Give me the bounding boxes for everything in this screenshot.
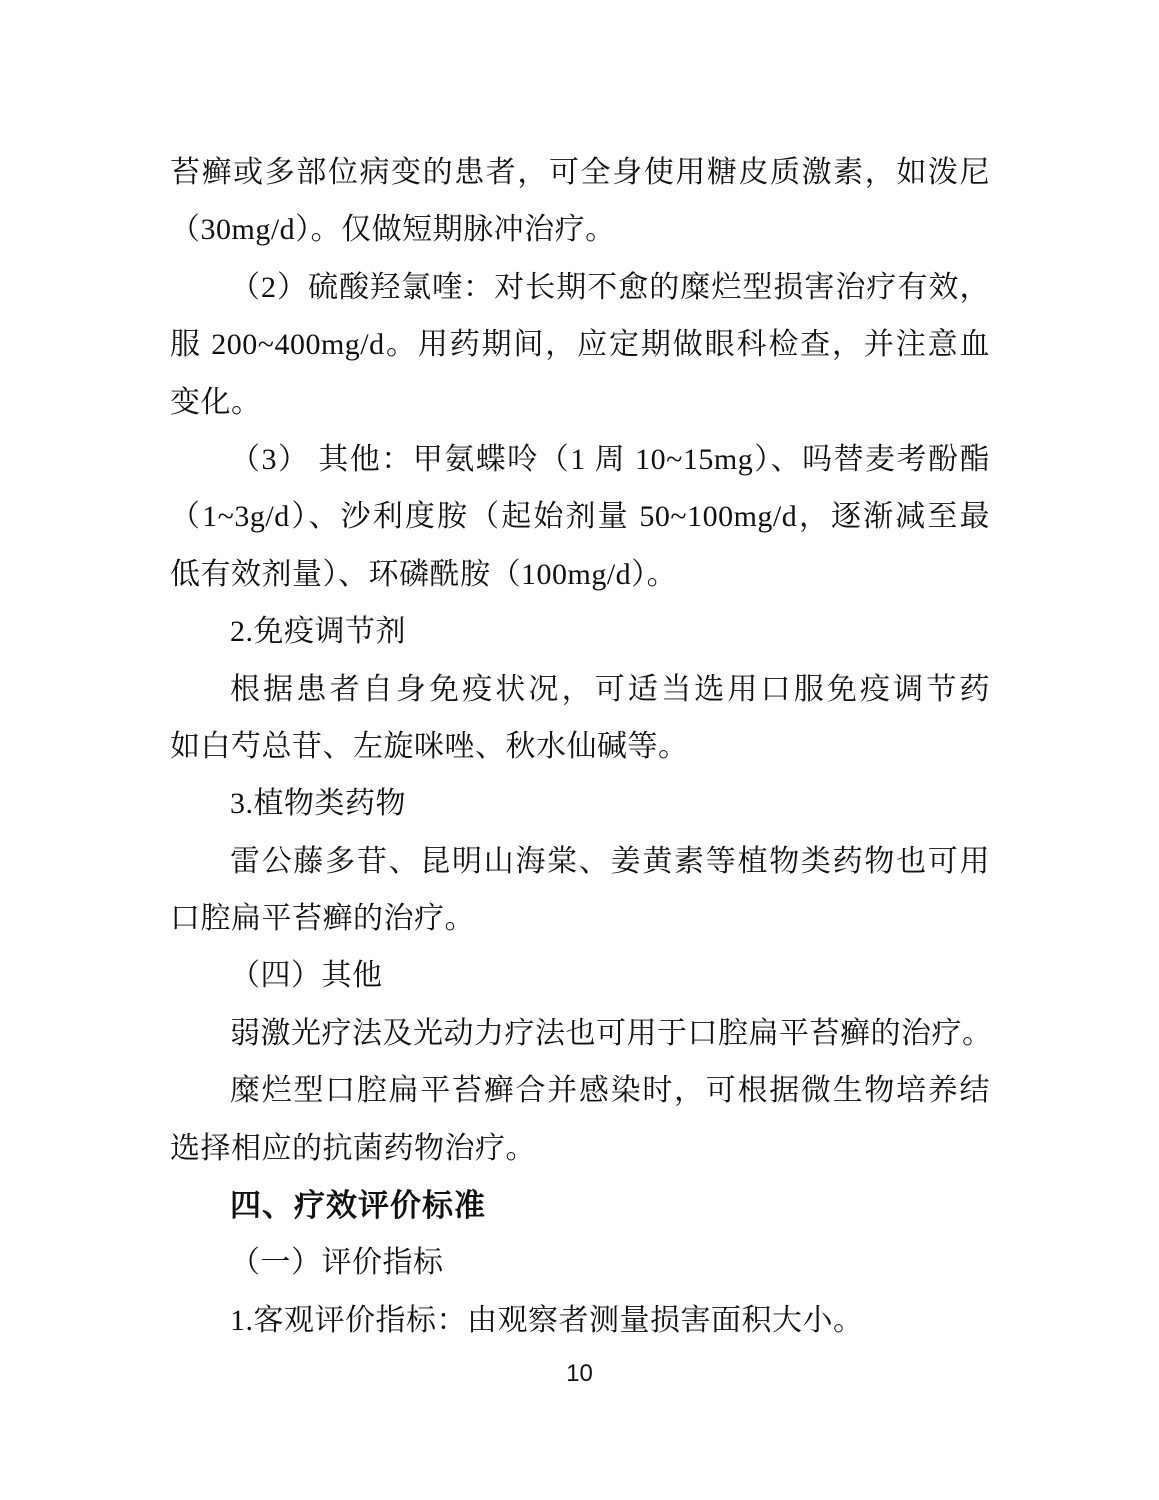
text-line: 苔癣或多部位病变的患者，可全身使用糖皮质激素，如泼尼松 xyxy=(170,144,990,201)
section-heading: 四、疗效评价标准 xyxy=(170,1177,990,1234)
text-line: 低有效剂量）、环磷酰胺（100mg/d）。 xyxy=(170,546,990,603)
page-footer: 10 xyxy=(0,1358,1159,1390)
text-line: 雷公藤多苷、昆明山海棠、姜黄素等植物类药物也可用于 xyxy=(170,833,990,890)
text-line: （四）其他 xyxy=(170,947,990,1004)
text-line: （一）评价指标 xyxy=(170,1234,990,1291)
page-number: 10 xyxy=(566,1360,593,1387)
text-line: （3） 其他：甲氨蝶呤（1 周 10~15mg）、吗替麦考酚酯 xyxy=(170,431,990,488)
document-page: 苔癣或多部位病变的患者，可全身使用糖皮质激素，如泼尼松（30mg/d）。仅做短期… xyxy=(0,0,1159,1500)
text-line: 糜烂型口腔扁平苔癣合并感染时，可根据微生物培养结果 xyxy=(170,1062,990,1119)
text-line: 口腔扁平苔癣的治疗。 xyxy=(170,890,990,947)
text-line: （30mg/d）。仅做短期脉冲治疗。 xyxy=(170,201,990,258)
text-line: 如白芍总苷、左旋咪唑、秋水仙碱等。 xyxy=(170,718,990,775)
text-line: 根据患者自身免疫状况，可适当选用口服免疫调节药物， xyxy=(170,661,990,718)
document-body: 苔癣或多部位病变的患者，可全身使用糖皮质激素，如泼尼松（30mg/d）。仅做短期… xyxy=(170,144,990,1349)
text-line: 服 200~400mg/d。用药期间，应定期做眼科检查，并注意血象 xyxy=(170,316,990,373)
text-line: 2.免疫调节剂 xyxy=(170,603,990,660)
text-line: （2）硫酸羟氯喹：对长期不愈的糜烂型损害治疗有效，口 xyxy=(170,259,990,316)
text-line: 3.植物类药物 xyxy=(170,775,990,832)
text-line: （1~3g/d）、沙利度胺（起始剂量 50~100mg/d，逐渐减至最 xyxy=(170,488,990,545)
text-line: 变化。 xyxy=(170,374,990,431)
text-line: 选择相应的抗菌药物治疗。 xyxy=(170,1120,990,1177)
text-line: 弱激光疗法及光动力疗法也可用于口腔扁平苔癣的治疗。 xyxy=(170,1005,990,1062)
text-line: 1.客观评价指标：由观察者测量损害面积大小。 xyxy=(170,1292,990,1349)
